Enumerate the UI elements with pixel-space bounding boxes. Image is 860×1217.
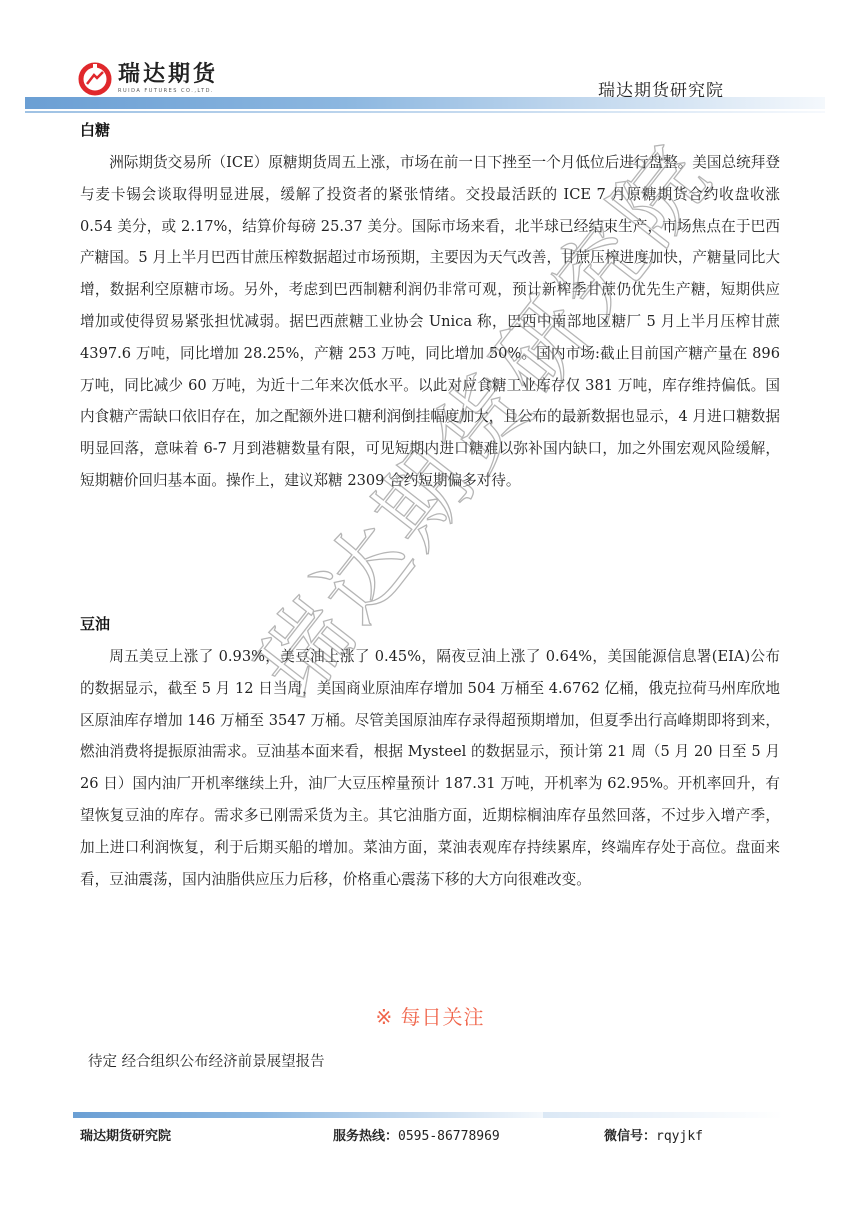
daily-focus-item: 待定 经合组织公布经济前景展望报告 bbox=[88, 1050, 325, 1071]
section-sugar: 白糖 洲际期货交易所（ICE）原糖期货周五上涨，市场在前一日下挫至一个月低位后进… bbox=[80, 118, 780, 497]
section-soybean-oil: 豆油 周五美豆上涨了 0.93%，美豆油上涨了 0.45%，隔夜豆油上涨了 0.… bbox=[80, 612, 780, 895]
logo-chinese-name: 瑞达期货 bbox=[118, 63, 218, 87]
header-divider-bar bbox=[25, 97, 825, 109]
hotline-label: 服务热线： bbox=[333, 1129, 398, 1144]
wechat-id: rqyjkf bbox=[656, 1129, 703, 1144]
section-title-soybean-oil: 豆油 bbox=[80, 612, 780, 636]
section-body-sugar: 洲际期货交易所（ICE）原糖期货周五上涨，市场在前一日下挫至一个月低位后进行盘整… bbox=[80, 147, 780, 497]
section-title-sugar: 白糖 bbox=[80, 118, 780, 142]
header-divider-line bbox=[25, 111, 825, 113]
footer-wechat: 微信号：rqyjkf bbox=[604, 1125, 703, 1144]
footer-divider-bar bbox=[73, 1112, 543, 1118]
page-header: 瑞达期货 RUIDA FUTURES CO.,LTD. 瑞达期货研究院 bbox=[0, 0, 860, 120]
footer-hotline: 服务热线：0595-86778969 bbox=[333, 1125, 500, 1144]
hotline-number: 0595-86778969 bbox=[398, 1129, 500, 1144]
section-body-soybean-oil: 周五美豆上涨了 0.93%，美豆油上涨了 0.45%，隔夜豆油上涨了 0.64%… bbox=[80, 641, 780, 895]
footer-institute: 瑞达期货研究院 bbox=[80, 1125, 171, 1144]
wechat-label: 微信号： bbox=[604, 1129, 656, 1144]
logo-english-name: RUIDA FUTURES CO.,LTD. bbox=[118, 88, 218, 95]
company-logo: 瑞达期货 RUIDA FUTURES CO.,LTD. bbox=[78, 62, 218, 96]
daily-focus-title: ※ 每日关注 bbox=[0, 1001, 860, 1030]
footer-divider-fade bbox=[543, 1112, 783, 1118]
ruida-logo-icon bbox=[78, 62, 112, 96]
